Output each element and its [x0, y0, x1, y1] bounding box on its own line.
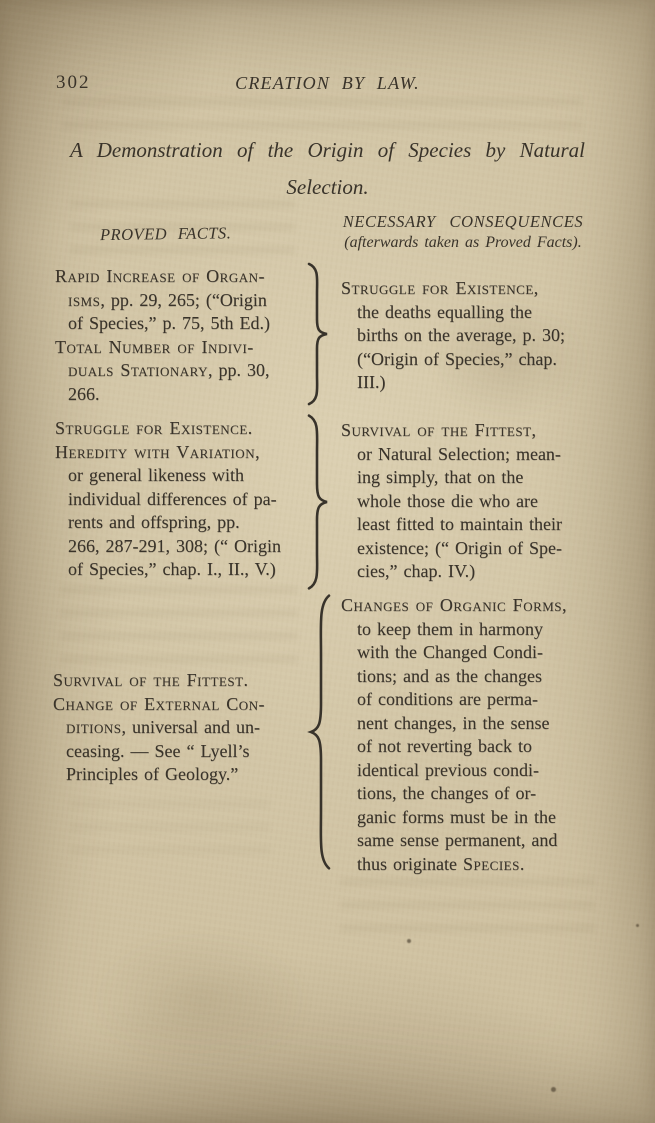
body-text: of conditions are perma- [357, 689, 538, 709]
small-caps-text: duals Stationary [68, 360, 208, 380]
text-line: tions; and as the changes [341, 665, 619, 689]
text-line: to keep them in harmony [341, 618, 619, 642]
text-line: III.) [341, 371, 619, 395]
body-text: ceasing. — See “ Lyell’s [66, 741, 249, 761]
title-line-1: A Demonstration of the Origin of Species… [0, 138, 655, 162]
left-column-header: PROVED FACTS. [100, 223, 260, 245]
text-line: thus originate Species. [341, 853, 619, 877]
text-line: of not reverting back to [341, 735, 619, 759]
text-line: with the Changed Condi- [341, 641, 619, 665]
body-text: nent changes, in the sense [357, 713, 549, 733]
section-title: A Demonstration of the Origin of Species… [0, 138, 655, 199]
small-caps-text: Change of External Con- [53, 694, 265, 714]
small-caps-text: Struggle for Existence [341, 278, 534, 298]
body-text: Principles of Geology.” [66, 764, 238, 784]
paper-stain [90, 930, 310, 1070]
text-line: Change of External Con- [53, 693, 307, 717]
body-text: 266, 287-291, 308; (“ Origin [68, 536, 281, 556]
text-line: nent changes, in the sense [341, 712, 619, 736]
small-caps-text: Survival of the Fittest [341, 420, 532, 440]
body-text: to keep them in harmony [357, 619, 543, 639]
text-line: Survival of the Fittest, [341, 419, 619, 443]
left-brace [306, 590, 336, 874]
body-text: with the Changed Condi- [357, 642, 543, 662]
proved-facts-block-2: Struggle for Existence.Heredity with Var… [55, 417, 309, 582]
text-line: Principles of Geology.” [53, 763, 307, 787]
text-line: 266. [55, 383, 309, 407]
text-line: Survival of the Fittest. [53, 669, 307, 693]
body-text: tions; and as the changes [357, 666, 542, 686]
small-caps-text: Survival of the Fittest [53, 670, 244, 690]
proved-facts-block-1: Rapid Increase of Organ-isms, pp. 29, 26… [55, 265, 309, 406]
ink-speck [407, 939, 411, 943]
text-line: existence; (“ Origin of Spe- [341, 537, 619, 561]
body-text: , [562, 595, 567, 615]
body-text: or Natural Selection; mean- [357, 444, 561, 464]
text-line: Total Number of Indivi- [55, 336, 309, 360]
book-page: 302 CREATION BY LAW. A Demonstration of … [0, 0, 655, 1123]
text-line: tions, the changes of or- [341, 782, 619, 806]
consequence-block-3: Changes of Organic Forms,to keep them in… [341, 594, 619, 876]
body-text: least fitted to maintain their [357, 514, 562, 534]
text-line: Struggle for Existence. [55, 417, 309, 441]
consequence-block-2: Survival of the Fittest,or Natural Selec… [341, 419, 619, 584]
body-text: whole those die who are [357, 491, 538, 511]
text-line: isms, pp. 29, 265; (“Origin [55, 289, 309, 313]
body-text: individual differences of pa- [68, 489, 277, 509]
page-bleedthrough-mark [70, 800, 270, 864]
body-text: cies,” chap. IV.) [357, 561, 475, 581]
small-caps-text: Total Number of Indivi- [55, 337, 254, 357]
text-line: (“Origin of Species,” chap. [341, 348, 619, 372]
text-line: of Species,” p. 75, 5th Ed.) [55, 312, 309, 336]
body-text: of Species,” chap. I., II., V.) [68, 559, 276, 579]
body-text: . [248, 418, 253, 438]
ink-speck [551, 1087, 556, 1092]
right-brace [302, 412, 332, 592]
text-line: cies,” chap. IV.) [341, 560, 619, 584]
title-line-2: Selection. [0, 175, 655, 199]
body-text: or general likeness with [68, 465, 244, 485]
body-text: , universal and un- [122, 717, 260, 737]
small-caps-text: Species [463, 854, 520, 874]
body-text: tions, the changes of or- [357, 783, 536, 803]
body-text: , pp. 30, [208, 360, 270, 380]
body-text: births on the average, p. 30; [357, 325, 565, 345]
body-text: ganic forms must be in the [357, 807, 556, 827]
body-text: , pp. 29, 265; (“Origin [100, 290, 266, 310]
small-caps-text: isms [68, 290, 100, 310]
right-header-line-2: (afterwards taken as Proved Facts). [312, 233, 614, 253]
page-bleedthrough-mark [60, 586, 298, 670]
text-line: individual differences of pa- [55, 488, 309, 512]
right-header-line-1: NECESSARY CONSEQUENCES [312, 211, 614, 232]
consequence-block-1: Struggle for Existence,the deaths equall… [341, 277, 619, 395]
body-text: thus originate [357, 854, 463, 874]
proved-facts-block-3: Survival of the Fittest.Change of Extern… [53, 669, 307, 787]
body-text: . [244, 670, 249, 690]
body-text: , [255, 442, 260, 462]
right-column-header: NECESSARY CONSEQUENCES (afterwards taken… [312, 211, 614, 253]
text-line: ing simply, that on the [341, 466, 619, 490]
text-line: 266, 287-291, 308; (“ Origin [55, 535, 309, 559]
ink-speck [636, 924, 639, 927]
text-line: Struggle for Existence, [341, 277, 619, 301]
text-line: births on the average, p. 30; [341, 324, 619, 348]
small-caps-text: Heredity with Variation [55, 442, 255, 462]
page-bleedthrough-mark [340, 878, 595, 936]
running-title: CREATION BY LAW. [0, 73, 655, 94]
body-text: (“Origin of Species,” chap. [357, 349, 557, 369]
text-line: Changes of Organic Forms, [341, 594, 619, 618]
page-bleedthrough-mark [62, 98, 582, 134]
body-text: rents and offspring, pp. [68, 512, 240, 532]
small-caps-text: ditions [66, 717, 122, 737]
text-line: or Natural Selection; mean- [341, 443, 619, 467]
text-line: ceasing. — See “ Lyell’s [53, 740, 307, 764]
body-text: . [520, 854, 525, 874]
text-line: or general likeness with [55, 464, 309, 488]
small-caps-text: Rapid Increase of Organ- [55, 266, 265, 286]
text-line: whole those die who are [341, 490, 619, 514]
body-text: of not reverting back to [357, 736, 532, 756]
text-line: Heredity with Variation, [55, 441, 309, 465]
text-line: duals Stationary, pp. 30, [55, 359, 309, 383]
text-line: least fitted to maintain their [341, 513, 619, 537]
body-text: identical previous condi- [357, 760, 539, 780]
small-caps-text: Struggle for Existence [55, 418, 248, 438]
body-text: III.) [357, 372, 385, 392]
body-text: existence; (“ Origin of Spe- [357, 538, 562, 558]
text-line: rents and offspring, pp. [55, 511, 309, 535]
text-line: the deaths equalling the [341, 301, 619, 325]
body-text: , [534, 278, 539, 298]
text-line: ditions, universal and un- [53, 716, 307, 740]
text-line: of Species,” chap. I., II., V.) [55, 558, 309, 582]
text-line: ganic forms must be in the [341, 806, 619, 830]
small-caps-text: Changes of Organic Forms [341, 595, 562, 615]
running-head: 302 CREATION BY LAW. [0, 72, 655, 98]
body-text: , [532, 420, 537, 440]
body-text: the deaths equalling the [357, 302, 532, 322]
body-text: 266. [68, 384, 100, 404]
text-line: same sense permanent, and [341, 829, 619, 853]
text-line: Rapid Increase of Organ- [55, 265, 309, 289]
body-text: same sense permanent, and [357, 830, 557, 850]
right-brace [302, 261, 332, 407]
text-line: identical previous condi- [341, 759, 619, 783]
body-text: ing simply, that on the [357, 467, 523, 487]
body-text: of Species,” p. 75, 5th Ed.) [68, 313, 270, 333]
text-line: of conditions are perma- [341, 688, 619, 712]
